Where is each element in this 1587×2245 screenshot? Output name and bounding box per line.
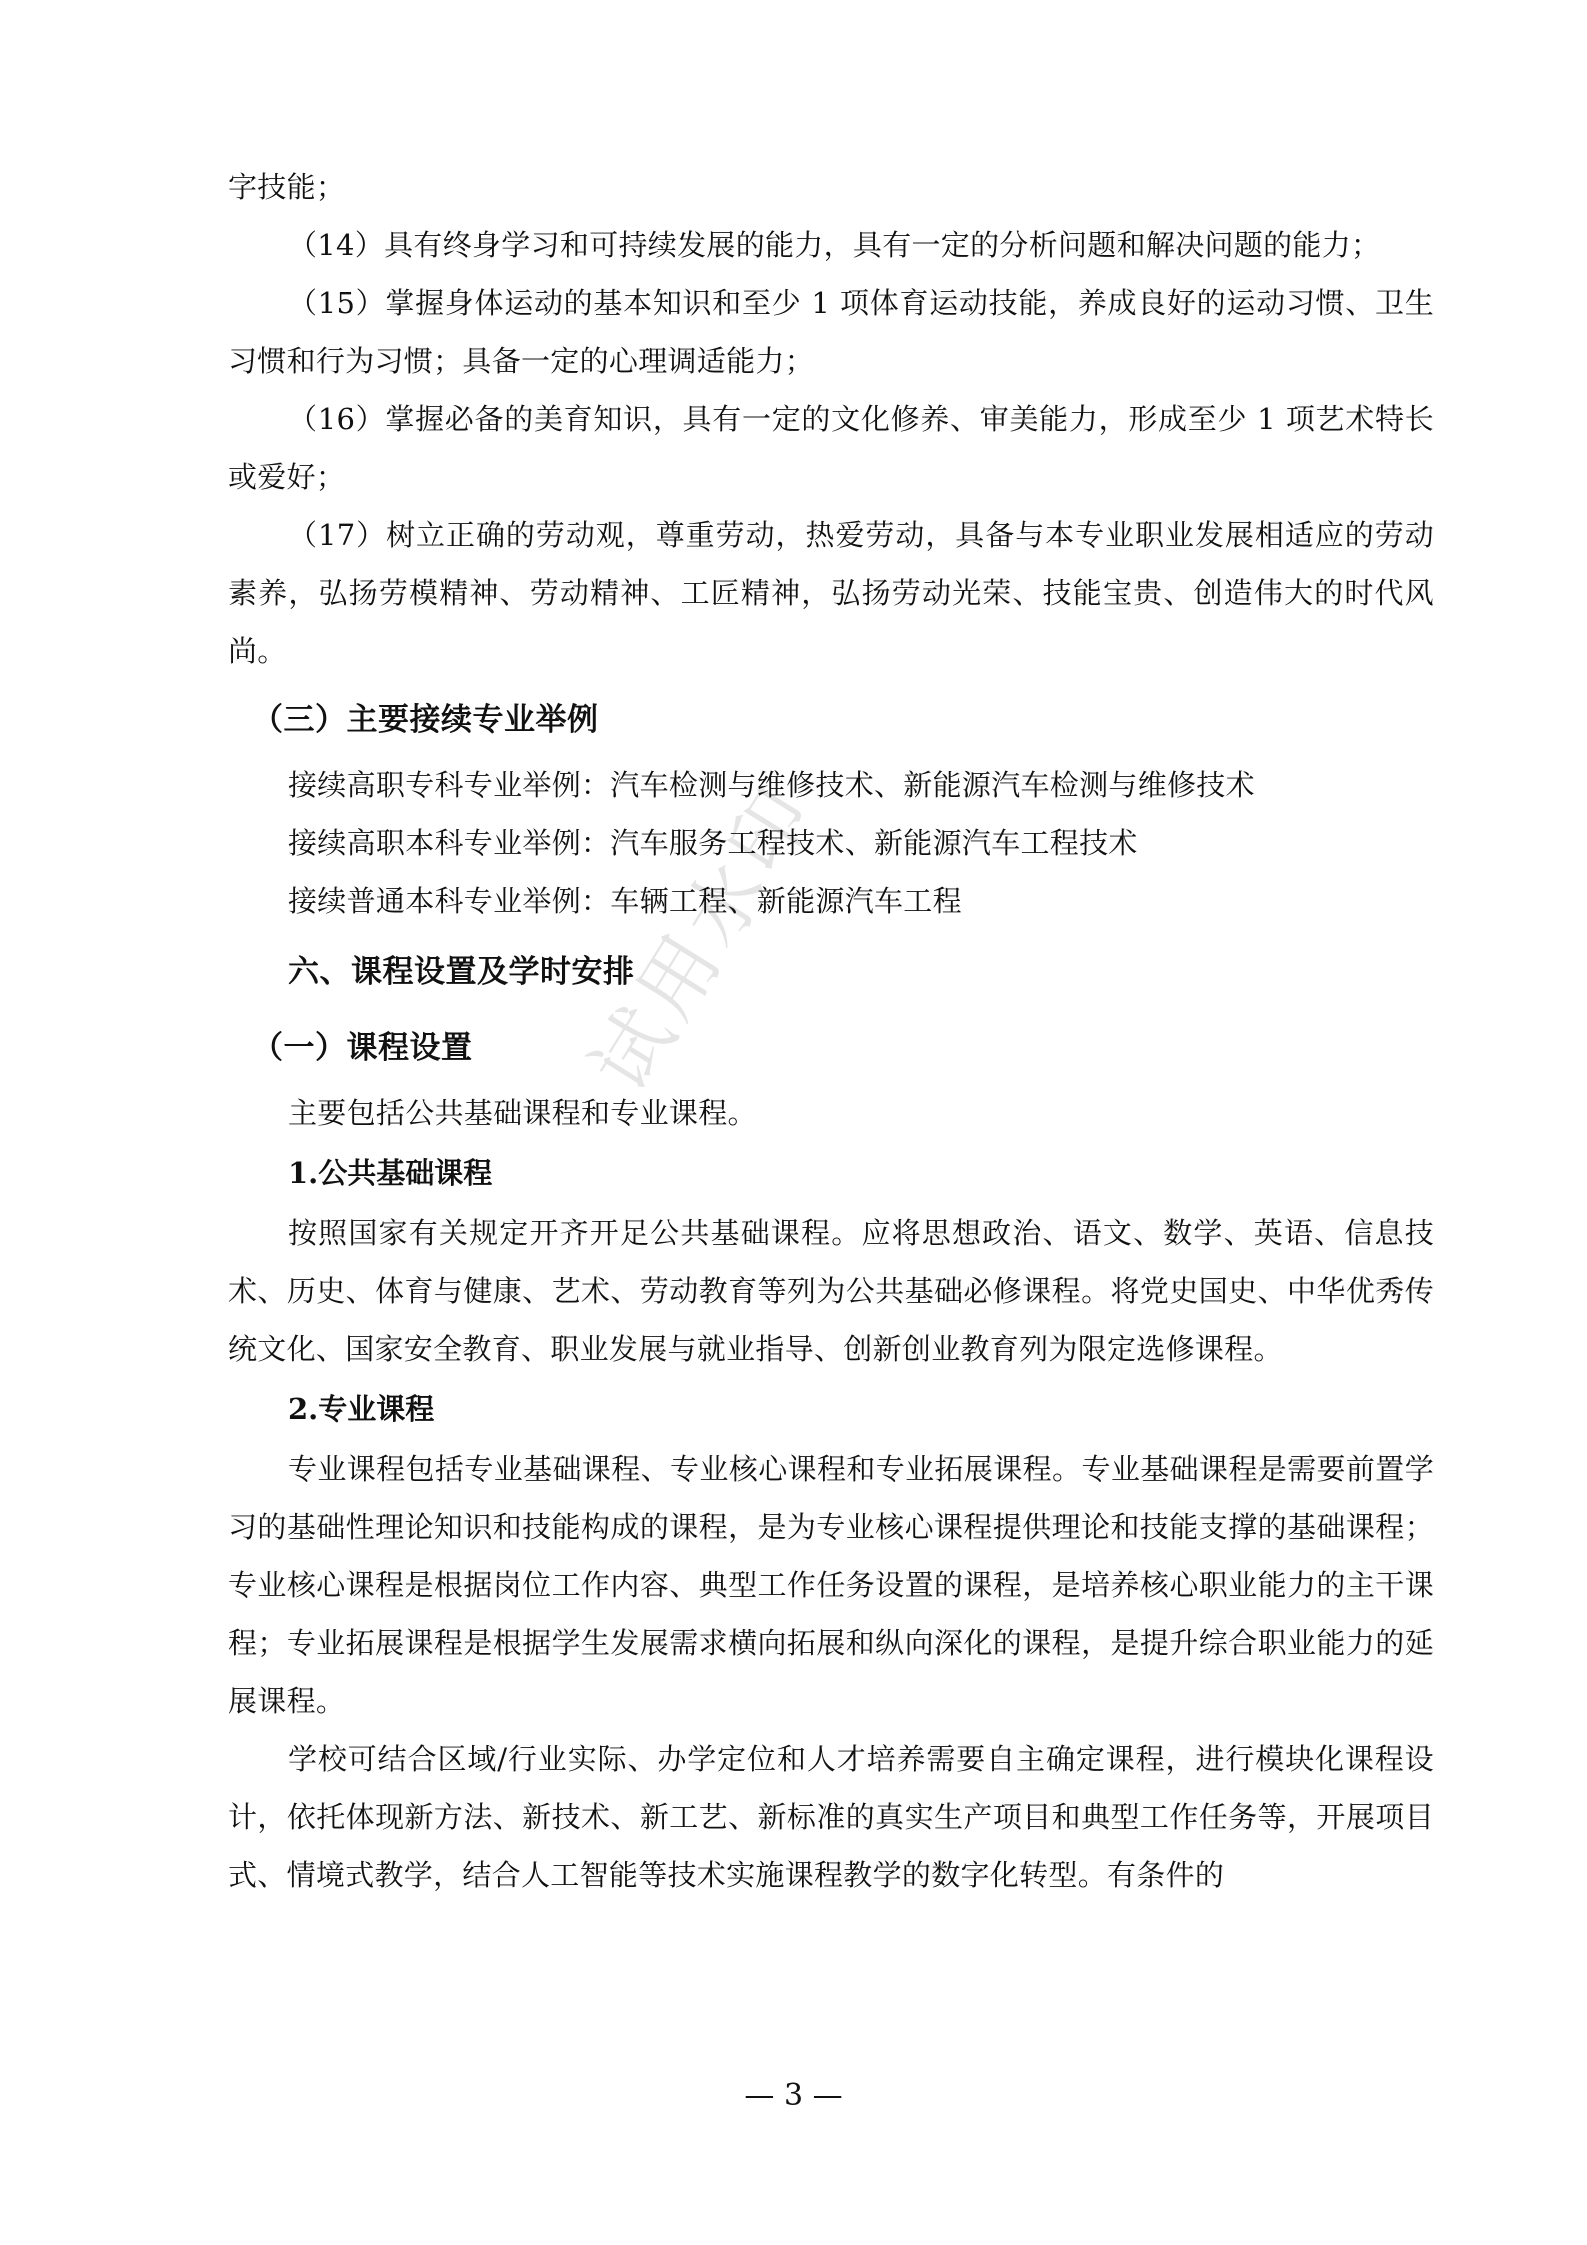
paragraph-item-15: （15）掌握身体运动的基本知识和至少 1 项体育运动技能，养成良好的运动习惯、卫… [228, 274, 1434, 390]
heading-chapter-6: 六、课程设置及学时安排 [288, 936, 1434, 1008]
heading-public-courses: 1.公共基础课程 [288, 1142, 1434, 1204]
public-courses-text: 按照国家有关规定开齐开足公共基础课程。应将思想政治、语文、数学、英语、信息技术、… [228, 1204, 1434, 1378]
paragraph-item-17: （17）树立正确的劳动观，尊重劳动，热爱劳动，具备与本专业职业发展相适应的劳动素… [228, 506, 1434, 680]
paragraph-continuation: 字技能； [228, 158, 1434, 216]
paragraph-item-14: （14）具有终身学习和可持续发展的能力，具有一定的分析问题和解决问题的能力； [228, 216, 1434, 274]
continuing-major-vocational-college: 接续高职专科专业举例：汽车检测与维修技术、新能源汽车检测与维修技术 [228, 756, 1434, 814]
continuing-major-general-undergrad: 接续普通本科专业举例：车辆工程、新能源汽车工程 [228, 872, 1434, 930]
page-number: — 3 — [0, 2078, 1587, 2113]
professional-courses-text-1: 专业课程包括专业基础课程、专业核心课程和专业拓展课程。专业基础课程是需要前置学习… [228, 1440, 1434, 1730]
professional-courses-text-2: 学校可结合区域/行业实际、办学定位和人才培养需要自主确定课程，进行模块化课程设计… [228, 1730, 1434, 1904]
paragraph-item-16: （16）掌握必备的美育知识，具有一定的文化修养、审美能力，形成至少 1 项艺术特… [228, 390, 1434, 506]
document-page: 字技能； （14）具有终身学习和可持续发展的能力，具有一定的分析问题和解决问题的… [228, 158, 1434, 1904]
course-setup-intro: 主要包括公共基础课程和专业课程。 [228, 1084, 1434, 1142]
heading-continuing-majors: （三）主要接续专业举例 [252, 684, 1434, 756]
continuing-major-vocational-undergrad: 接续高职本科专业举例：汽车服务工程技术、新能源汽车工程技术 [228, 814, 1434, 872]
heading-professional-courses: 2.专业课程 [288, 1378, 1434, 1440]
heading-course-setup: （一）课程设置 [252, 1012, 1434, 1084]
